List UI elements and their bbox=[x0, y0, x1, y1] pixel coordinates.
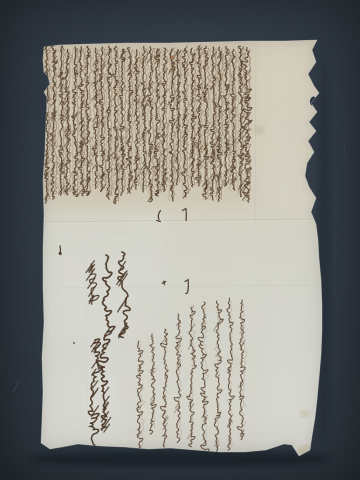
red-speck bbox=[171, 56, 174, 59]
side-shadow bbox=[317, 55, 331, 445]
stain bbox=[300, 411, 310, 418]
stain bbox=[253, 126, 265, 135]
manuscript-photo bbox=[0, 0, 360, 480]
photo-background bbox=[0, 0, 360, 480]
bottom-shadow bbox=[30, 451, 330, 467]
stain bbox=[110, 223, 130, 237]
ink-dot bbox=[73, 342, 75, 344]
